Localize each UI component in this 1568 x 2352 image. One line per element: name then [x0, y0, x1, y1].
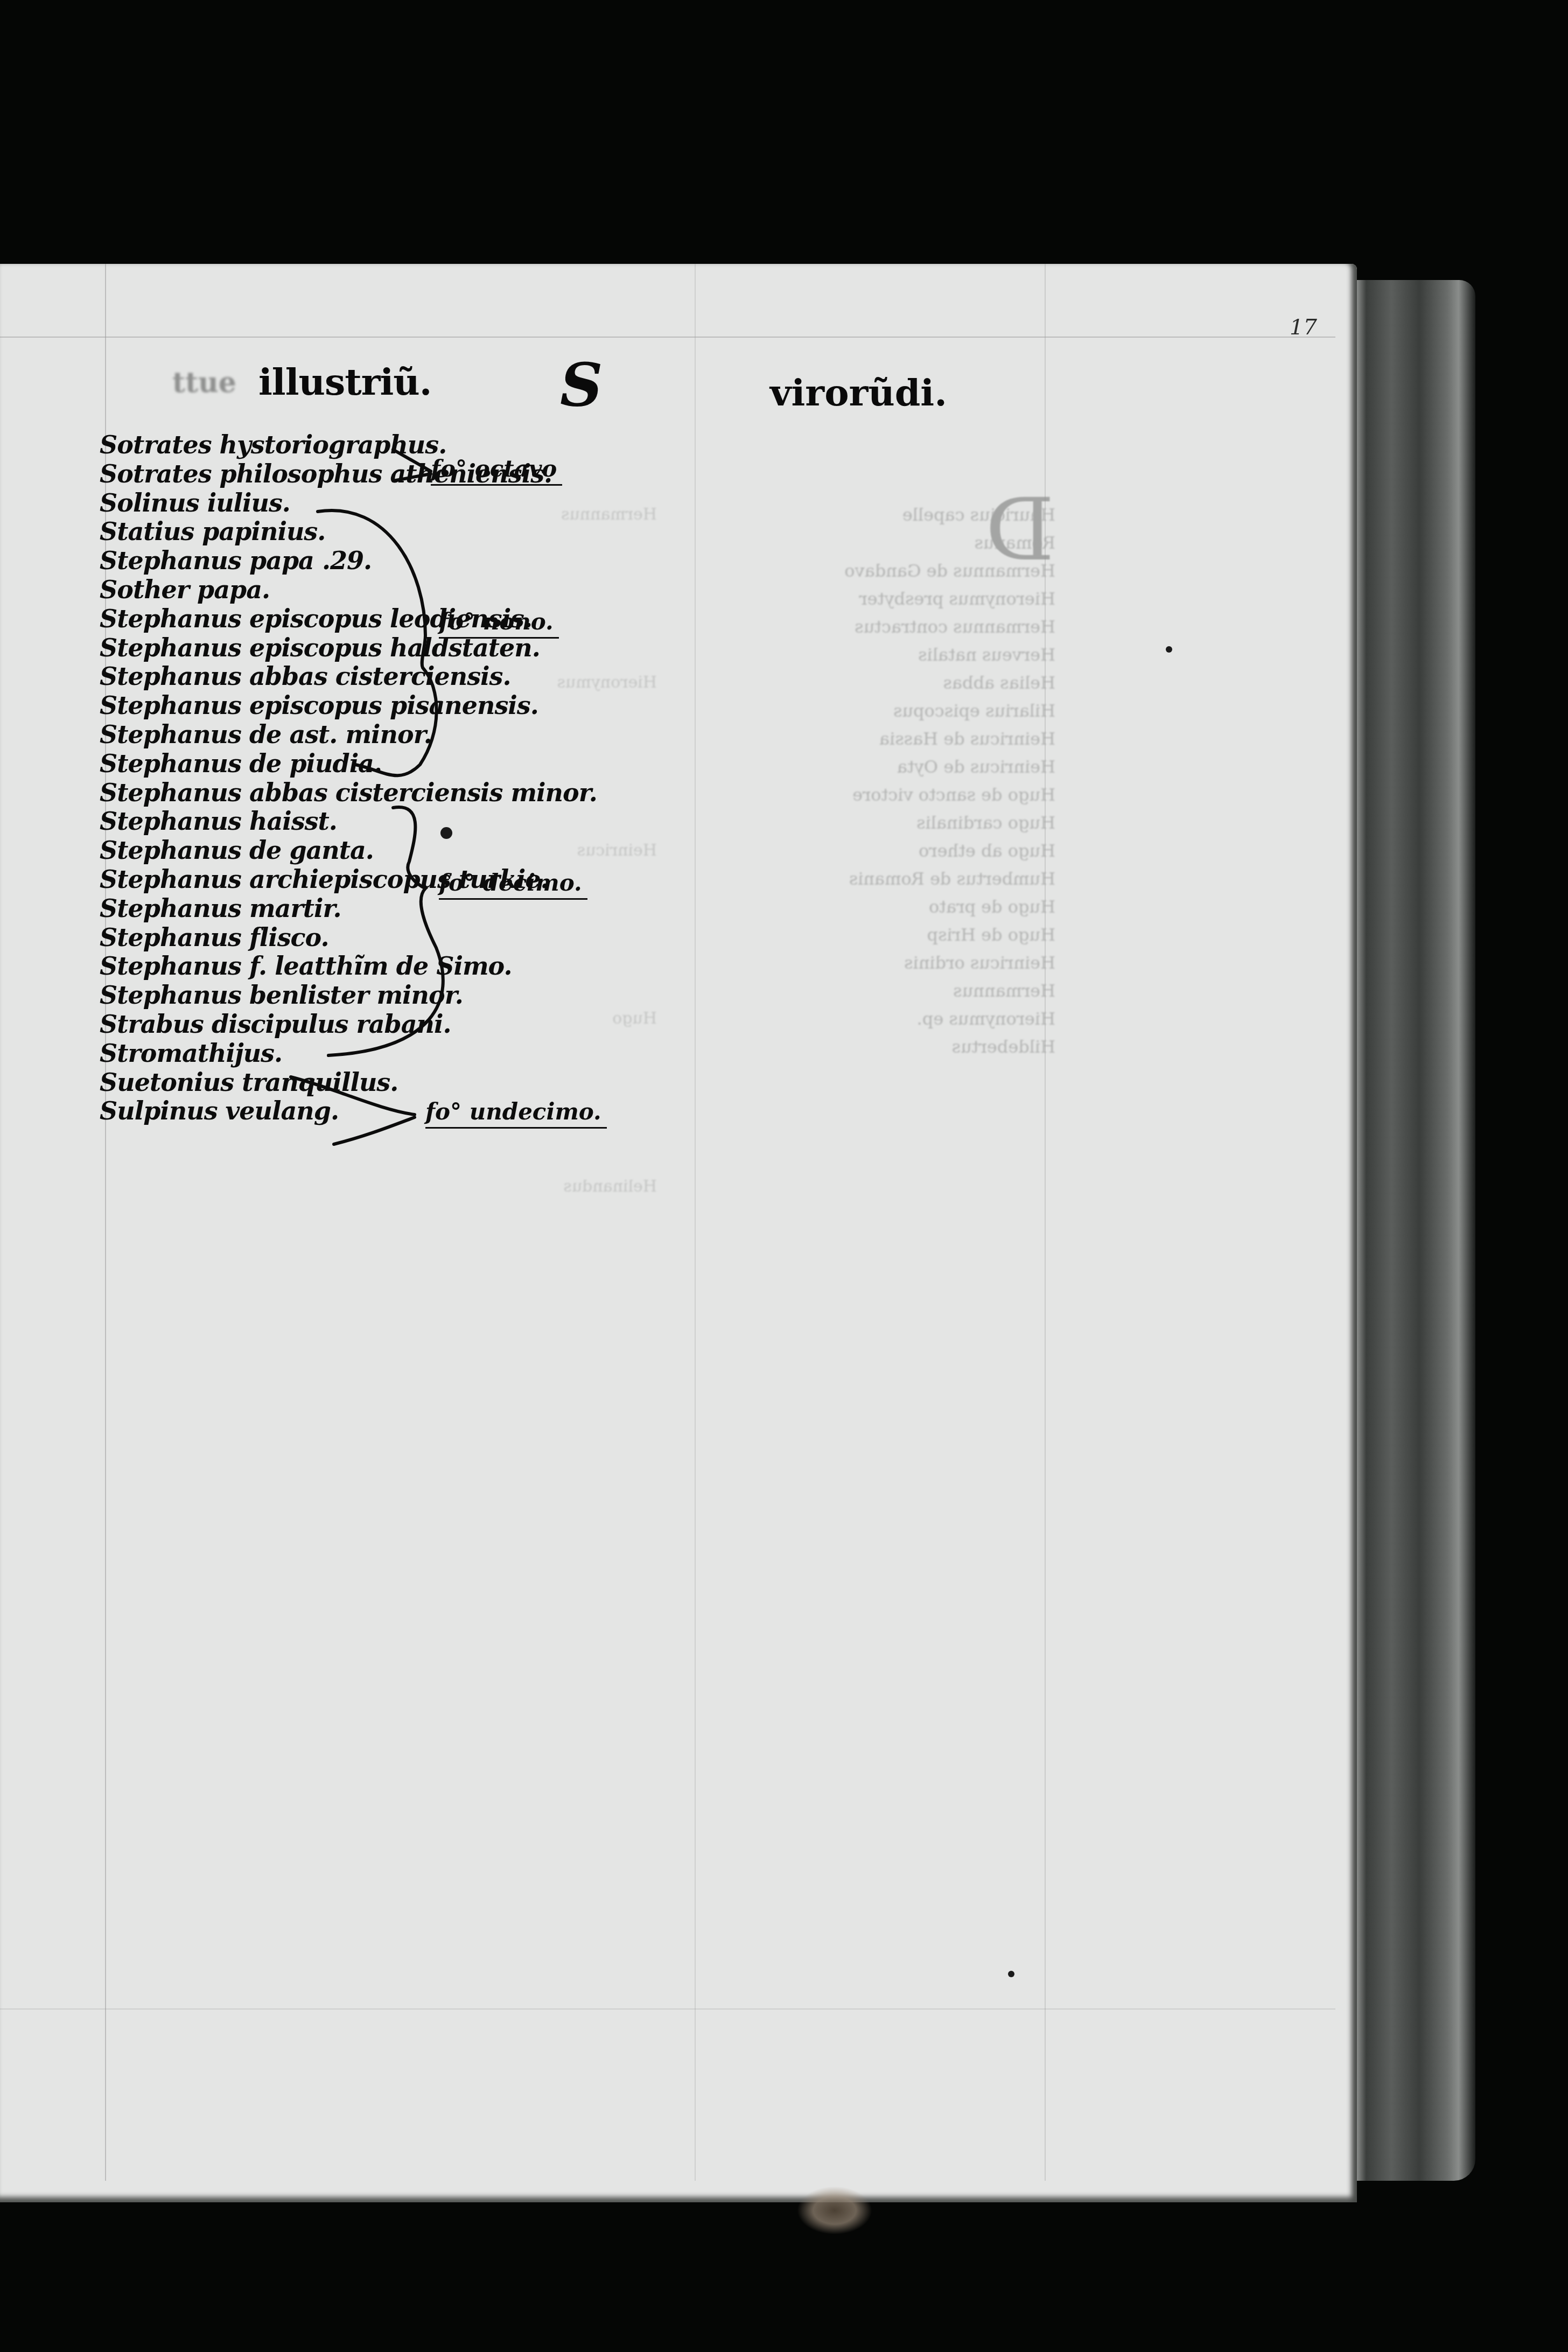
ink-dot — [1008, 1971, 1014, 1977]
folio-reference-octavo: fo° octavo — [431, 456, 562, 486]
arrow-line — [334, 1117, 415, 1144]
ink-stain — [797, 2186, 872, 2235]
ink-dot — [440, 827, 452, 839]
arrow-line — [393, 474, 431, 481]
bracket-lines — [0, 0, 1568, 2352]
arrow-line — [291, 1077, 415, 1115]
folio-reference-nono: fo° nono. — [439, 608, 559, 639]
folio-reference-undecimo: fo° undecimo. — [425, 1098, 607, 1129]
brace-decimo — [328, 807, 443, 1055]
folio-reference-decimo: fo° decimo. — [439, 870, 587, 900]
brace-nono — [318, 510, 437, 775]
arrow-line — [393, 450, 431, 471]
ink-dot — [1166, 646, 1172, 653]
